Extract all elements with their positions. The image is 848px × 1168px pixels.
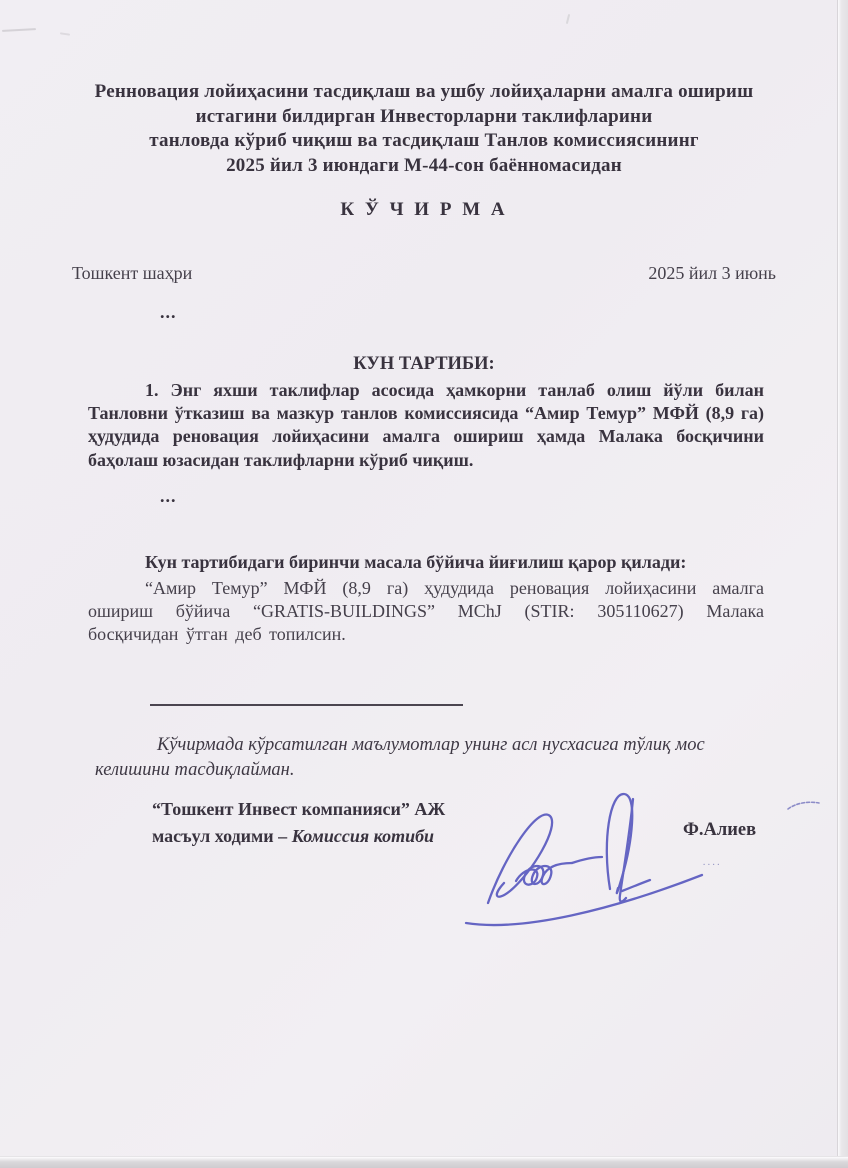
city-label: Тошкент шаҳри <box>72 263 192 284</box>
date-label: 2025 йил 3 июнь <box>648 263 776 284</box>
paper-right-edge <box>837 0 848 1157</box>
decision-paragraph: “Амир Темур” МФЙ (8,9 га) ҳудудида ренов… <box>88 577 764 647</box>
signatory-name: Ф.Алиев <box>683 820 756 841</box>
signature-stray-mark <box>786 799 822 813</box>
signature-rule <box>150 704 463 706</box>
place-date-row: Тошкент шаҳри 2025 йил 3 июнь <box>72 263 776 284</box>
role-prefix: масъул ходими – <box>152 826 292 846</box>
document-title: Ренновация лойиҳасини тасдиқлаш ва ушбу … <box>50 80 798 178</box>
decision-heading: Кун тартибидаги биринчи масала бўйича йи… <box>88 552 764 573</box>
scan-artifact <box>566 14 570 24</box>
title-line: истагини билдирган Инвесторларни таклифл… <box>50 105 798 130</box>
agenda-item-paragraph: 1. Энг яхши таклифлар асосида ҳамкорни т… <box>88 379 764 472</box>
omission-marks: ... <box>160 302 177 323</box>
extract-heading: К Ў Ч И Р М А <box>0 199 848 221</box>
agenda-heading: КУН ТАРТИБИ: <box>0 354 848 375</box>
omission-marks: ... <box>160 486 177 507</box>
scanned-page: Ренновация лойиҳасини тасдиқлаш ва ушбу … <box>0 0 838 1157</box>
signature-stray-dots: .... <box>703 856 722 868</box>
paper-bottom-edge <box>0 1156 848 1168</box>
scan-artifact <box>60 32 70 35</box>
title-line: Ренновация лойиҳасини тасдиқлаш ва ушбу … <box>50 80 798 105</box>
scan-artifact <box>2 28 36 32</box>
title-line: 2025 йил 3 июндаги М-44-сон баённомасида… <box>50 154 798 179</box>
role-title: Комиссия котиби <box>292 826 434 846</box>
title-line: танловда кўриб чиқиш ва тасдиқлаш Танлов… <box>50 129 798 154</box>
